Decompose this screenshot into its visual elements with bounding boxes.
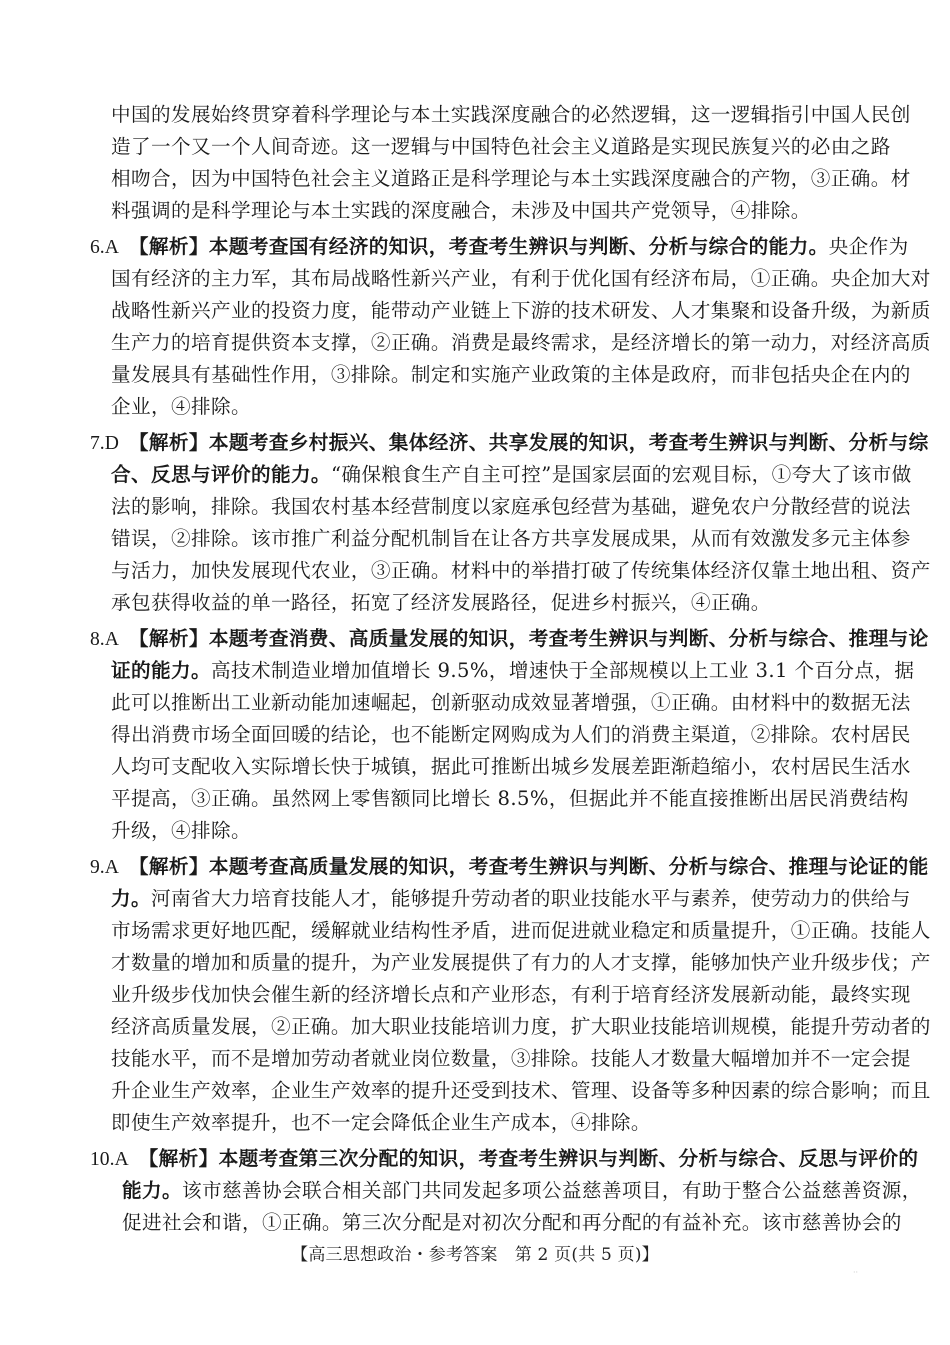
item-7-header: 7.D【解析】本题考查乡村振兴、集体经济、共享发展的知识，考查考生辨识与判断、分… (90, 427, 859, 459)
answer-letter: A (115, 1144, 129, 1176)
item-7-line: 法的影响，排除。我国农村基本经营制度以家庭承包经营为基础，避免农户分散经营的说法 (111, 491, 859, 523)
item-8-line: 人均可支配收入实际增长快于城镇，据此可推断出城乡发展差距渐趋缩小，农村居民生活水 (111, 751, 859, 783)
item-9-line: 业升级步伐加快会催生新的经济增长点和产业形态，有利于培育经济发展新动能，最终实现 (111, 979, 859, 1011)
answer-letter: A (105, 852, 119, 884)
question-number: 8. (90, 624, 105, 656)
analysis-text: “确保粮食生产自主可控”是国家层面的宏观目标，①夸大了该市做 (331, 463, 912, 486)
item-8-line: 平提高，③正确。虽然网上零售额同比增长 8.5%，但据此并不能直接推断出居民消费… (111, 783, 859, 815)
item-6-line: 量发展具有基础性作用，③排除。制定和实施产业政策的主体是政府，而非包括央企在内的 (111, 359, 859, 391)
item-10-header: 10.A【解析】本题考查第三次分配的知识，考查考生辨识与判断、分析与综合、反思与… (90, 1143, 859, 1175)
analysis-summary: 本题考查消费、高质量发展的知识，考查考生辨识与判断、分析与综合、推理与论 (209, 627, 929, 650)
item-6-line: 国有经济的主力军，其布局战略性新兴产业，有利于优化国有经济布局，①正确。央企加大… (111, 263, 859, 295)
item-9-header: 9.A【解析】本题考查高质量发展的知识，考查考生辨识与判断、分析与综合、推理与论… (90, 851, 859, 883)
item-7-line: 与活力，加快发展现代农业，③正确。材料中的举措打破了传统集体经济仅靠土地出租、资… (111, 555, 859, 587)
item-8-line: 得出消费市场全面回暖的结论，也不能断定网购成为人们的消费主渠道，②排除。农村居民 (111, 719, 859, 751)
analysis-text: 高技术制造业增加值增长 9.5%，增速快于全部规模以上工业 3.1 个百分点，据 (211, 659, 914, 682)
analysis-label: 【解析】 (129, 431, 209, 454)
question-number: 9. (90, 852, 105, 884)
page-footer: 【高三思想政治・参考答案 第 2 页(共 5 页)】 (0, 1241, 950, 1269)
analysis-summary-cont: 能力。 (122, 1179, 182, 1202)
analysis-label: 【解析】 (129, 235, 209, 258)
analysis-summary: 本题考查第三次分配的知识，考查考生辨识与判断、分析与综合、反思与评价的 (219, 1147, 919, 1170)
answer-letter: A (105, 624, 119, 656)
item-10-line: 促进社会和谐，①正确。第三次分配是对初次分配和再分配的有益补充。该市慈善协会的 (122, 1207, 859, 1239)
item-9-line: 经济高质量发展，②正确。加大职业技能培训力度，扩大职业技能培训规模，能提升劳动者… (111, 1011, 859, 1043)
item-9-line: 升企业生产效率，企业生产效率的提升还受到技术、管理、设备等多种因素的综合影响；而… (111, 1075, 859, 1107)
question-number: 6. (90, 232, 105, 264)
intro-line: 相吻合，因为中国特色社会主义道路正是科学理论与本土实践深度融合的产物，③正确。材 (111, 163, 859, 195)
item-8-line: 证的能力。高技术制造业增加值增长 9.5%，增速快于全部规模以上工业 3.1 个… (111, 655, 859, 687)
item-7-line: 错误，②排除。该市推广利益分配机制旨在让各方共享发展成果，从而有效激发多元主体参 (111, 523, 859, 555)
answer-key-page: 中国的发展始终贯穿着科学理论与本土实践深度融合的必然逻辑，这一逻辑指引中国人民创… (0, 0, 950, 1345)
intro-line: 中国的发展始终贯穿着科学理论与本土实践深度融合的必然逻辑，这一逻辑指引中国人民创 (111, 99, 859, 131)
analysis-label: 【解析】 (129, 627, 209, 650)
item-8-header: 8.A【解析】本题考查消费、高质量发展的知识，考查考生辨识与判断、分析与综合、推… (90, 623, 859, 655)
item-6-line: 战略性新兴产业的投资力度，能带动产业链上下游的技术研发、人才集聚和设备升级，为新… (111, 295, 859, 327)
item-6-line: 生产力的培育提供资本支撑，②正确。消费是最终需求，是经济增长的第一动力，对经济高… (111, 327, 859, 359)
item-7-line: 合、反思与评价的能力。“确保粮食生产自主可控”是国家层面的宏观目标，①夸大了该市… (111, 459, 859, 491)
item-9-line: 力。河南省大力培育技能人才，能够提升劳动者的职业技能水平与素养，使劳动力的供给与 (111, 883, 859, 915)
analysis-label: 【解析】 (139, 1147, 219, 1170)
item-6-header: 6.A【解析】本题考查国有经济的知识，考查考生辨识与判断、分析与综合的能力。央企… (90, 231, 859, 263)
analysis-text: 该市慈善协会联合相关部门共同发起多项公益慈善项目，有助于整合公益慈善资源， (182, 1179, 922, 1202)
question-number: 10. (90, 1144, 115, 1176)
question-number: 7. (90, 428, 105, 460)
analysis-summary-cont: 证的能力。 (111, 659, 211, 682)
analysis-summary: 本题考查国有经济的知识，考查考生辨识与判断、分析与综合的能力。 (209, 235, 829, 258)
item-8-line: 升级，④排除。 (111, 815, 859, 847)
item-9-line: 即使生产效率提升，也不一定会降低企业生产成本，④排除。 (111, 1107, 859, 1139)
analysis-summary: 本题考查高质量发展的知识，考查考生辨识与判断、分析与综合、推理与论证的能 (209, 855, 929, 878)
intro-line: 造了一个又一个人间奇迹。这一逻辑与中国特色社会主义道路是实现民族复兴的必由之路 (111, 131, 859, 163)
analysis-text: 河南省大力培育技能人才，能够提升劳动者的职业技能水平与素养，使劳动力的供给与 (151, 887, 911, 910)
item-7-line: 承包获得收益的单一路径，拓宽了经济发展路径，促进乡村振兴，④正确。 (111, 587, 859, 619)
item-8-line: 此可以推断出工业新动能加速崛起，创新驱动成效显著增强，①正确。由材料中的数据无法 (111, 687, 859, 719)
item-9-line: 才数量的增加和质量的提升，为产业发展提供了有力的人才支撑，能够加快产业升级步伐；… (111, 947, 859, 979)
analysis-label: 【解析】 (129, 855, 209, 878)
answer-letter: D (105, 428, 119, 460)
answer-letter: A (105, 232, 119, 264)
analysis-summary: 本题考查乡村振兴、集体经济、共享发展的知识，考查考生辨识与判断、分析与综 (209, 431, 929, 454)
item-9-line: 市场需求更好地匹配，缓解就业结构性矛盾，进而促进就业稳定和质量提升，①正确。技能… (111, 915, 859, 947)
item-9-line: 技能水平，而不是增加劳动者就业岗位数量，③排除。技能人才数量大幅增加并不一定会提 (111, 1043, 859, 1075)
item-10-line: 能力。该市慈善协会联合相关部门共同发起多项公益慈善项目，有助于整合公益慈善资源， (122, 1175, 859, 1207)
item-6-line: 企业，④排除。 (111, 391, 859, 423)
analysis-summary-cont: 力。 (111, 887, 151, 910)
scan-artifact: ·· (853, 1268, 858, 1277)
analysis-summary-cont: 合、反思与评价的能力。 (111, 463, 331, 486)
intro-line: 料强调的是科学理论与本土实践的深度融合，未涉及中国共产党领导，④排除。 (111, 195, 859, 227)
analysis-text: 央企作为 (829, 235, 909, 258)
